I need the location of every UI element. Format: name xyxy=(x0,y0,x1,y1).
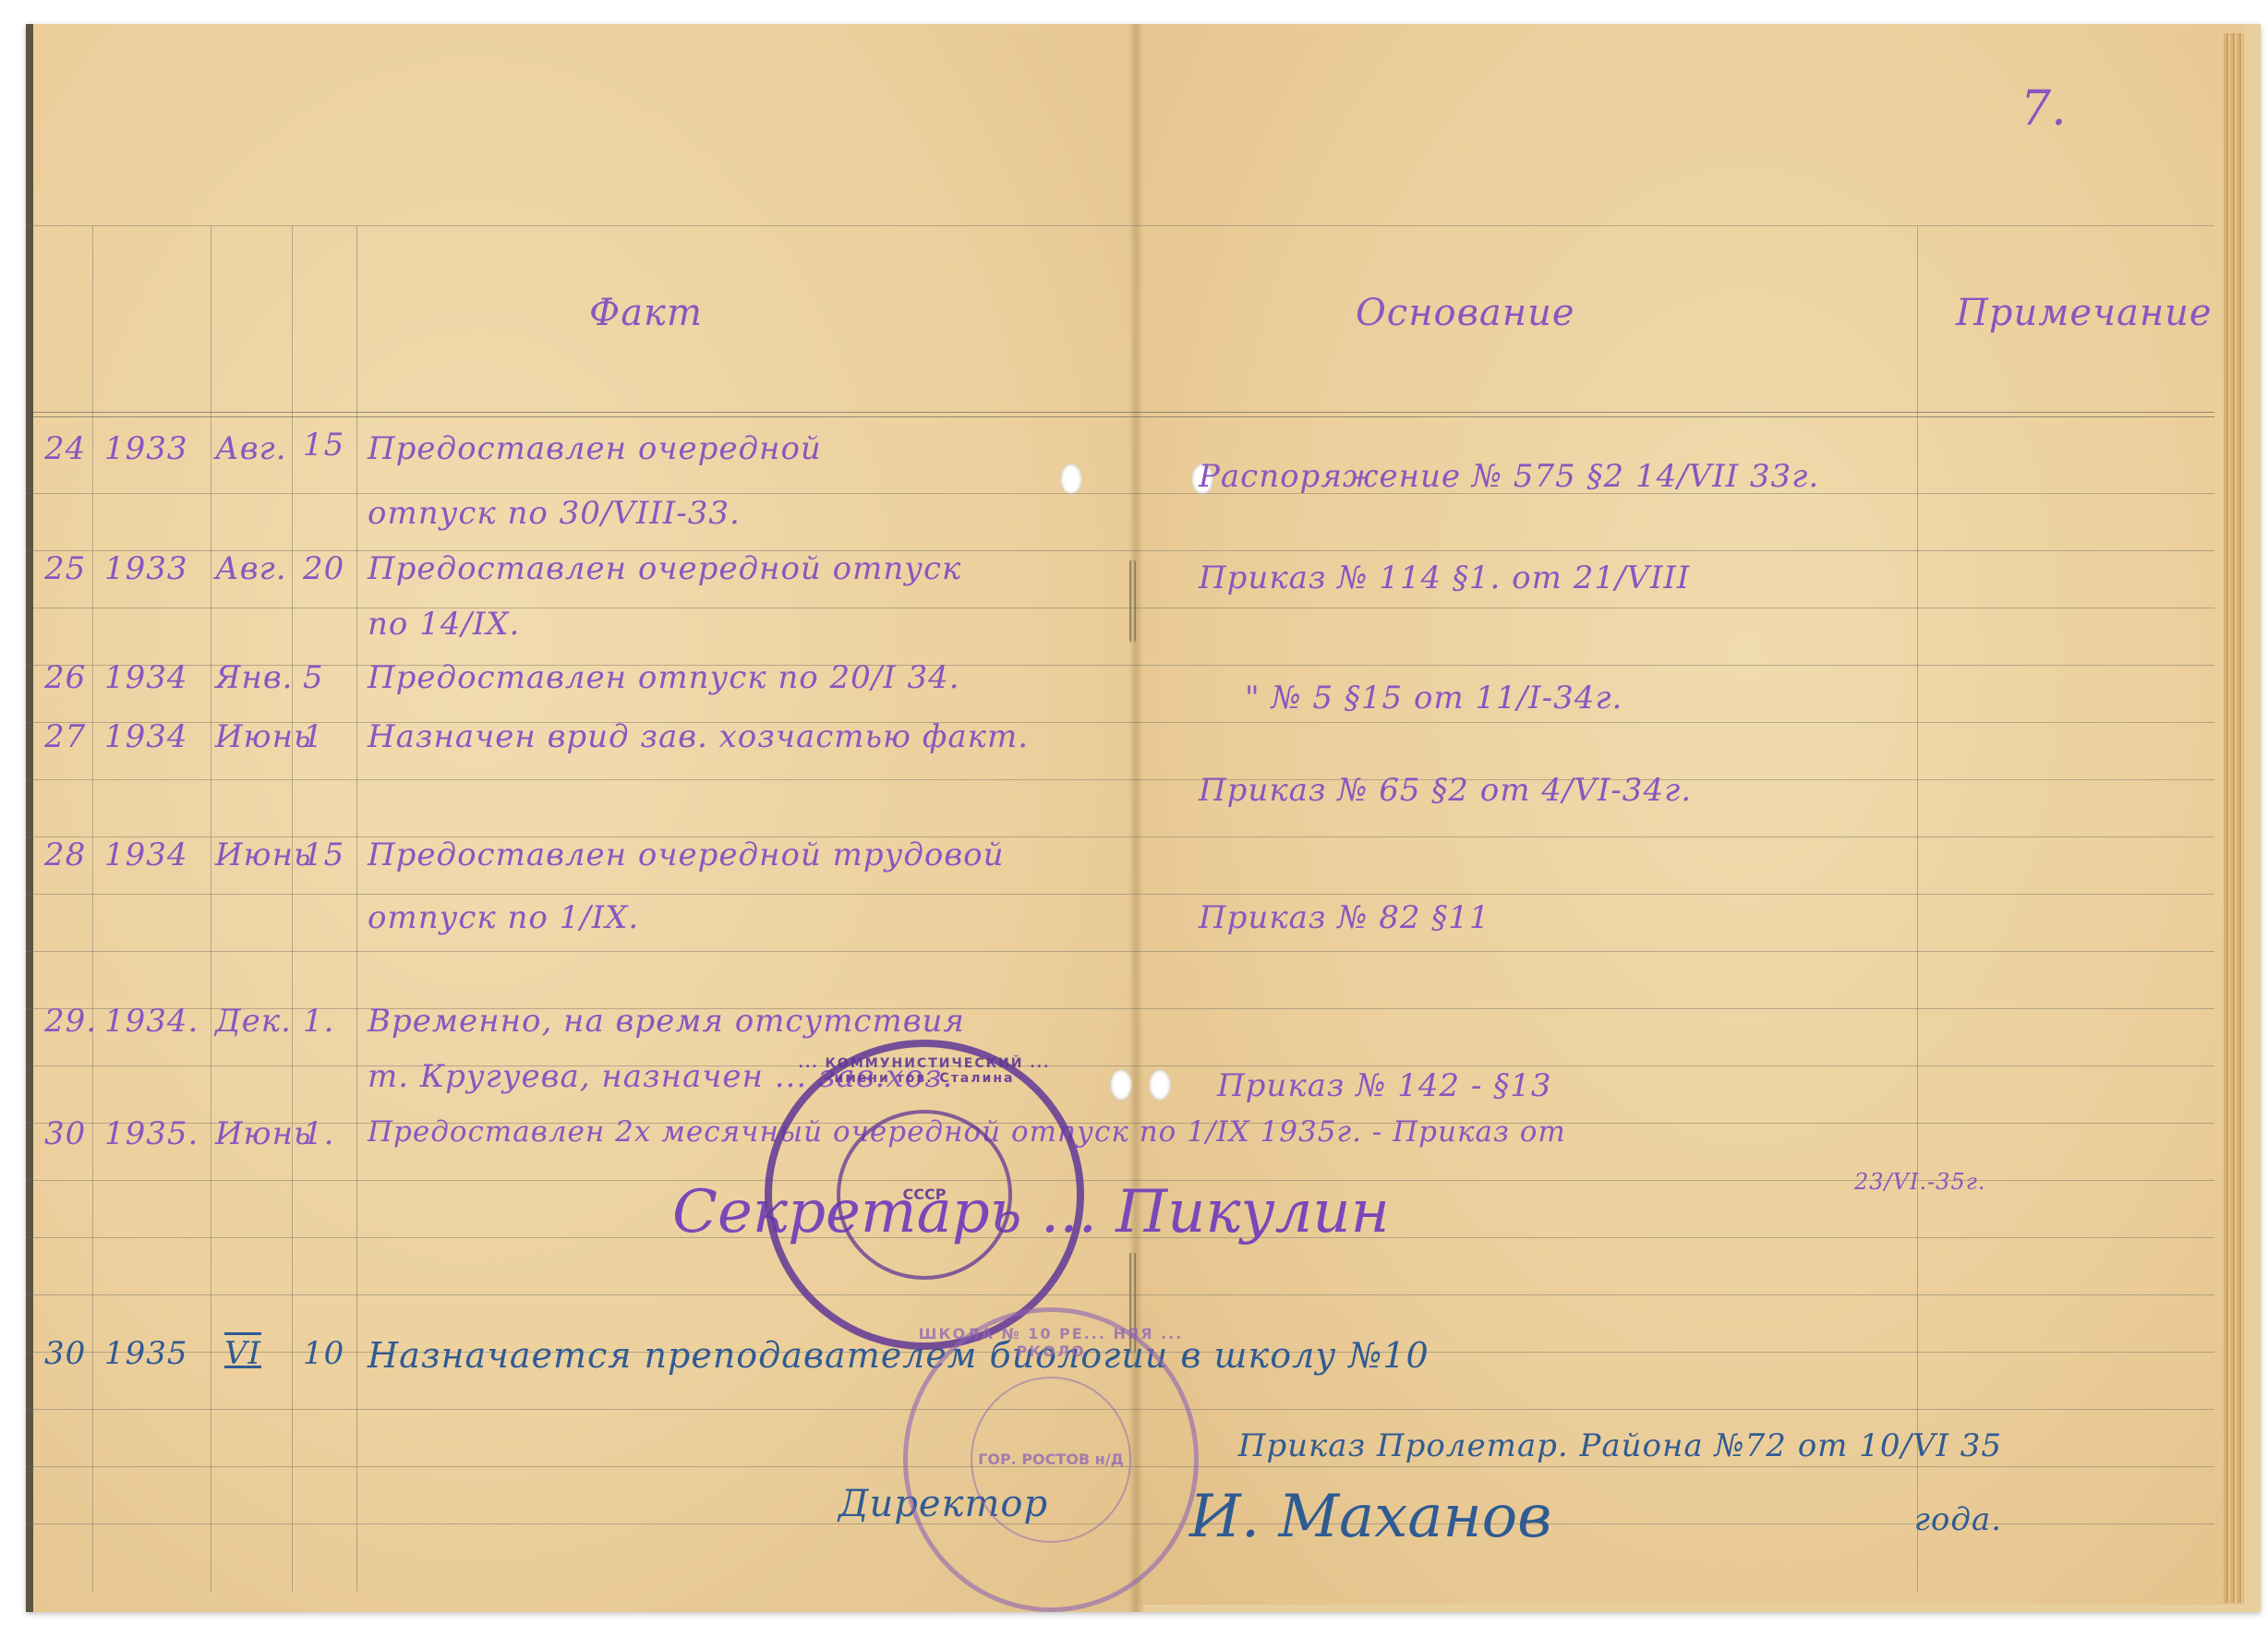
entry-day: 15 xyxy=(303,837,344,873)
row-rule xyxy=(26,722,2214,723)
row-rule xyxy=(26,894,2214,895)
entry-fact-cont: отпуск по 30/VIII-33. xyxy=(368,495,741,532)
column-header-fact: Факт xyxy=(589,292,703,334)
entry-number: 25 xyxy=(44,550,86,587)
entry-basis: Приказ № 142 - §13 xyxy=(1217,1067,1551,1104)
column-header-basis: Основание xyxy=(1356,292,1575,334)
row-rule xyxy=(26,779,2214,780)
institute-stamp-center: СССР xyxy=(837,1110,1012,1280)
entry-day: 20 xyxy=(303,550,344,587)
entry-fact: Временно, на время отсутствия xyxy=(368,1003,965,1040)
school-stamp: ШКОЛА № 10 РЕ... НЯЯ ... РКОЛО ГОР. РОСТ… xyxy=(903,1307,1199,1612)
entry-year: 1934 xyxy=(104,659,188,696)
punch-hole xyxy=(1149,1069,1171,1101)
row-rule xyxy=(26,608,2214,608)
entry-fact: Предоставлен очередной трудовой xyxy=(368,837,1005,873)
entry-year: 1935. xyxy=(104,1115,199,1152)
row-rule xyxy=(26,1294,2214,1295)
entry-month: Янв. xyxy=(215,659,293,696)
entry-number: 29. xyxy=(44,1003,97,1040)
entry-fact: Предоставлен отпуск по 20/I 34. xyxy=(368,659,960,696)
col-rule xyxy=(356,225,357,1592)
entry-number: 27 xyxy=(44,718,86,755)
institute-stamp-ring: ... КОММУНИСТИЧЕСКИЙ ... имени тов. Стал… xyxy=(772,1056,1077,1086)
entry-basis: Приказ № 65 §2 от 4/VI-34г. xyxy=(1199,772,1692,809)
row-rule xyxy=(26,665,2214,666)
row-rule xyxy=(26,951,2214,952)
entry-fact: Предоставлен очередной xyxy=(368,430,822,467)
entry-fact: Предоставлен очередной отпуск xyxy=(368,550,961,587)
entry-year: 1934 xyxy=(104,718,188,755)
entry-basis: Распоряжение № 575 §2 14/VII 33г. xyxy=(1199,458,1819,495)
entry-number: 26 xyxy=(44,659,86,696)
entry-basis: Приказ № 82 §11 xyxy=(1199,899,1490,936)
entry-day: 1. xyxy=(303,1003,334,1040)
row-rule xyxy=(26,1065,2214,1066)
entry-fact-cont: по 14/IX. xyxy=(368,606,520,643)
entry-basis: 23/VI.-35г. xyxy=(1854,1169,1985,1195)
page-edges xyxy=(2224,33,2244,1603)
entry-year: 1933 xyxy=(104,550,188,587)
entry-month: Июнь xyxy=(215,837,312,873)
signature-director: И. Маханов xyxy=(1189,1483,1551,1551)
entry-year: 1934. xyxy=(104,1003,199,1040)
school-stamp-center: ГОР. РОСТОВ н/Д xyxy=(971,1377,1132,1543)
entry-month: VI xyxy=(224,1335,261,1372)
top-rule xyxy=(26,225,2214,226)
staple-top xyxy=(1129,560,1136,643)
punch-hole xyxy=(1110,1069,1132,1101)
school-stamp-ring: ШКОЛА № 10 РЕ... НЯЯ ... РКОЛО xyxy=(908,1325,1194,1360)
page-number: 7. xyxy=(2021,81,2067,137)
entry-day: 10 xyxy=(303,1335,344,1372)
institute-stamp: ... КОММУНИСТИЧЕСКИЙ ... имени тов. Стал… xyxy=(765,1040,1084,1350)
entry-basis: " № 5 §15 от 11/I-34г. xyxy=(1245,680,1623,716)
entry-month: Авг. xyxy=(215,550,287,587)
entry-day: 5 xyxy=(303,659,324,696)
entry-day: 1 xyxy=(303,718,324,755)
entry-number: 30 xyxy=(44,1115,86,1152)
col-rule xyxy=(1917,225,1918,1592)
entry-year: 1935 xyxy=(104,1335,188,1372)
col-rule xyxy=(211,225,211,1592)
entry-day: 15 xyxy=(303,427,344,463)
row-rule xyxy=(26,1008,2214,1009)
entry-number: 24 xyxy=(44,430,86,467)
entry-number: 30 xyxy=(44,1335,86,1372)
entry-year: 1933 xyxy=(104,430,188,467)
entry-month: Июнь xyxy=(215,1115,312,1152)
entry-month: Дек. xyxy=(215,1003,292,1040)
punch-hole xyxy=(1060,463,1082,495)
col-rule xyxy=(292,225,293,1592)
entry-number: 28 xyxy=(44,837,86,873)
header-rule xyxy=(26,412,2214,417)
row-rule xyxy=(26,493,2214,494)
entry-month: Авг. xyxy=(215,430,287,467)
row-rule xyxy=(26,550,2214,551)
entry-month: Июнь xyxy=(215,718,312,755)
entry-year: 1934 xyxy=(104,837,188,873)
column-header-note: Примечание xyxy=(1956,292,2213,334)
entry-fact-cont: отпуск по 1/IX. xyxy=(368,899,639,936)
work-book-spread: 7. Факт Основание Примечание 24 1933 Авг… xyxy=(26,24,2261,1612)
entry-day: 1. xyxy=(303,1115,334,1152)
col-rule xyxy=(92,225,93,1592)
row-rule xyxy=(26,837,2214,837)
entry-fact: Назначен врид зав. хозчастью факт. xyxy=(368,718,1029,755)
entry-basis: Приказ № 114 §1. от 21/VIII xyxy=(1199,560,1690,596)
